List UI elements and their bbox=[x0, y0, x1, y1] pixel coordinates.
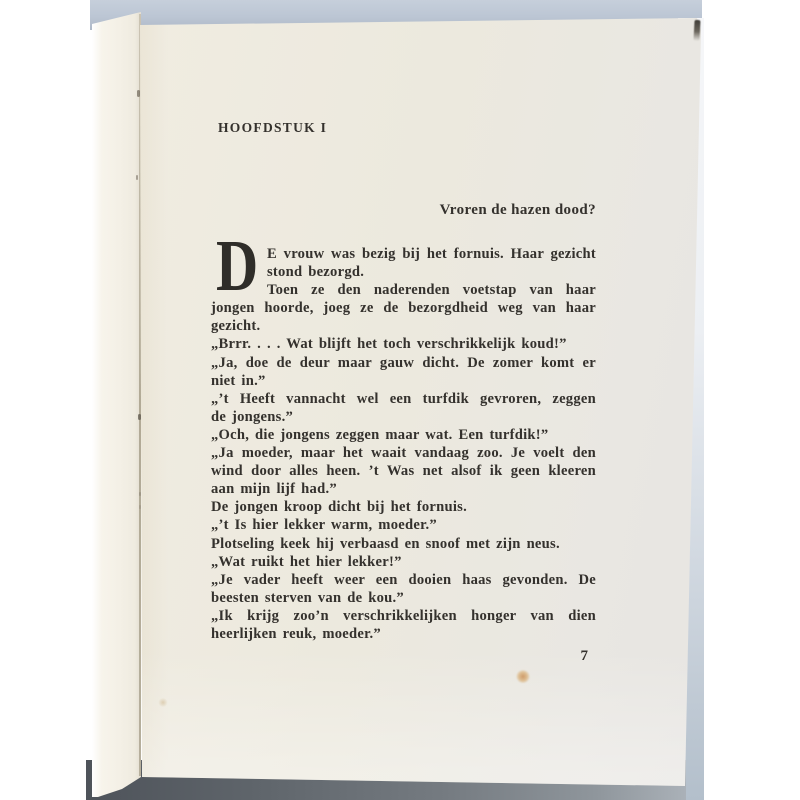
text-line: de jongens.” bbox=[211, 408, 596, 426]
crease-speck bbox=[138, 414, 141, 420]
text-line: „Och, die jongens zeggen maar wat. Een t… bbox=[211, 426, 596, 444]
corner-smudge bbox=[693, 20, 700, 41]
text-line: „’t Heeft vannacht wel een turfdik gevro… bbox=[211, 390, 596, 408]
body-text: E vrouw was bezig bij het fornuis. Haar … bbox=[211, 245, 596, 643]
fore-edge-pages bbox=[92, 6, 141, 800]
paper-stain bbox=[516, 670, 530, 683]
text-line: „Ja moeder, maar het waait vandaag zoo. … bbox=[211, 444, 596, 462]
text-line: niet in.” bbox=[211, 372, 596, 390]
text-line: jongen hoorde, joeg ze de bezorgdheid we… bbox=[211, 299, 596, 317]
text-line: „’t Is hier lekker warm, moeder.” bbox=[211, 516, 596, 534]
text-line: gezicht. bbox=[211, 317, 596, 335]
text-line: „Je vader heeft weer een dooien haas gev… bbox=[211, 571, 596, 589]
crease-speck bbox=[136, 175, 138, 180]
page-number: 7 bbox=[211, 648, 588, 665]
crease-speck bbox=[139, 505, 141, 509]
text-line: wind door alles heen. ’t Was net alsof i… bbox=[211, 462, 596, 480]
text-line: De jongen kroop dicht bij het fornuis. bbox=[211, 498, 596, 516]
text-line: E vrouw was bezig bij het fornuis. Haar … bbox=[211, 245, 596, 263]
crease-speck bbox=[137, 90, 140, 97]
text-line: „Ik krijg zoo’n verschrikkelijken honger… bbox=[211, 607, 596, 625]
text-line: aan mijn lijf had.” bbox=[211, 480, 596, 498]
crease-speck bbox=[139, 492, 141, 496]
text-line: Toen ze den naderenden voetstap van haar bbox=[211, 281, 596, 299]
text-line: „Ja, doe de deur maar gauw dicht. De zom… bbox=[211, 354, 596, 372]
text-line: „Wat ruikt het hier lekker!” bbox=[211, 553, 596, 571]
chapter-heading: HOOFDSTUK I bbox=[218, 120, 327, 136]
paper-stain-faint bbox=[158, 698, 168, 707]
text-line: Plotseling keek hij verbaasd en snoof me… bbox=[211, 535, 596, 553]
chapter-title: Vroren de hazen dood? bbox=[211, 202, 596, 219]
text-line: stond bezorgd. bbox=[211, 263, 596, 281]
text-line: heerlijken reuk, moeder.” bbox=[211, 625, 596, 643]
text-line: „Brrr. . . . Wat blijft het toch verschr… bbox=[211, 335, 596, 353]
book-photo: HOOFDSTUK I Vroren de hazen dood? D E vr… bbox=[0, 0, 800, 800]
text-line: beesten sterven van de kou.” bbox=[211, 589, 596, 607]
